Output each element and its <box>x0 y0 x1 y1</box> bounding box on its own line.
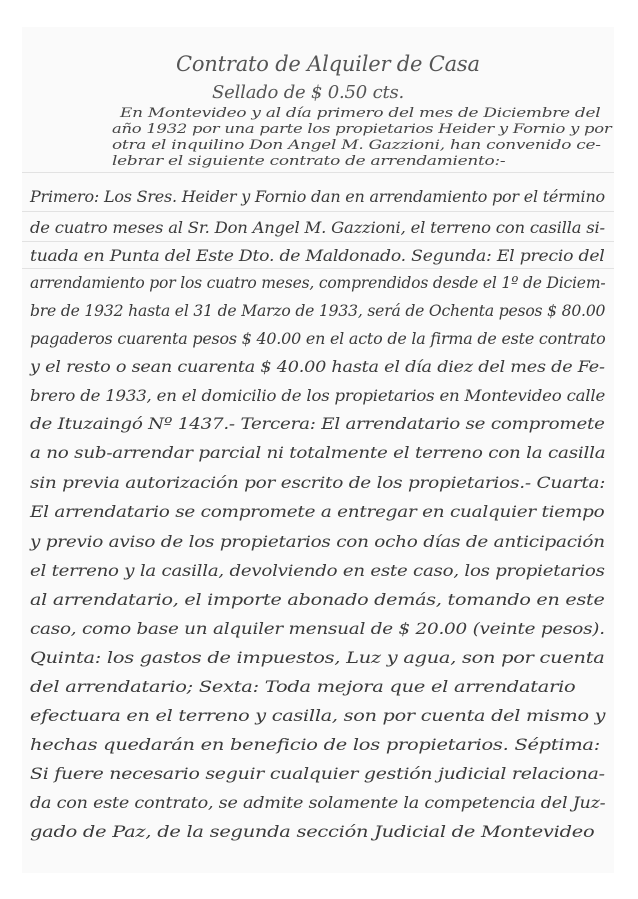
ruled-line <box>22 268 614 269</box>
clause-line: hechas quedarán en beneficio de los prop… <box>30 736 600 754</box>
clause-line: da con este contrato, se admite solament… <box>30 794 605 812</box>
clause-line: y previo aviso de los propietarios con o… <box>30 533 605 551</box>
clause-line: caso, como base un alquiler mensual de $… <box>30 620 605 638</box>
intro-line: En Montevideo y al día primero del mes d… <box>120 106 600 121</box>
clause-line: de Ituzaingó Nº 1437.- Tercera: El arren… <box>30 415 605 433</box>
clause-line: pagaderos cuarenta pesos $ 40.00 en el a… <box>30 330 605 348</box>
document-title: Contrato de Alquiler de Casa <box>176 52 480 76</box>
intro-line: otra el inquilino Don Angel M. Gazzioni,… <box>112 138 601 153</box>
document-subtitle: Sellado de $ 0.50 cts. <box>212 82 404 103</box>
clause-line: a no sub-arrendar parcial ni totalmente … <box>30 444 605 462</box>
clause-line: arrendamiento por los cuatro meses, comp… <box>30 274 605 292</box>
clause-line: brero de 1933, en el domicilio de los pr… <box>30 387 605 405</box>
clause-line: el terreno y la casilla, devolviendo en … <box>30 562 605 580</box>
clause-line: gado de Paz, de la segunda sección Judic… <box>30 823 594 841</box>
clause-line: al arrendatario, el importe abonado demá… <box>30 591 605 609</box>
ruled-line <box>22 241 614 242</box>
clause-line: de cuatro meses al Sr. Don Angel M. Gazz… <box>30 219 605 237</box>
intro-line: año 1932 por una parte los propietarios … <box>112 122 611 137</box>
ruled-line <box>22 172 614 173</box>
clause-line: Primero: Los Sres. Heider y Fornio dan e… <box>30 188 605 206</box>
clause-line: y el resto o sean cuarenta $ 40.00 hasta… <box>30 358 605 376</box>
clause-line: bre de 1932 hasta el 31 de Marzo de 1933… <box>30 302 605 320</box>
clause-line: sin previa autorización por escrito de l… <box>30 474 605 492</box>
clause-line: tuada en Punta del Este Dto. de Maldonad… <box>30 247 605 265</box>
clause-line: del arrendatario; Sexta: Toda mejora que… <box>30 678 575 696</box>
intro-line: lebrar el siguiente contrato de arrendam… <box>112 154 505 169</box>
clause-line: Si fuere necesario seguir cualquier gest… <box>30 765 605 783</box>
clause-line: Quinta: los gastos de impuestos, Luz y a… <box>30 649 605 667</box>
clause-line: El arrendatario se compromete a entregar… <box>30 503 604 521</box>
ruled-line <box>22 211 614 212</box>
clause-line: efectuara en el terreno y casilla, son p… <box>30 707 605 725</box>
